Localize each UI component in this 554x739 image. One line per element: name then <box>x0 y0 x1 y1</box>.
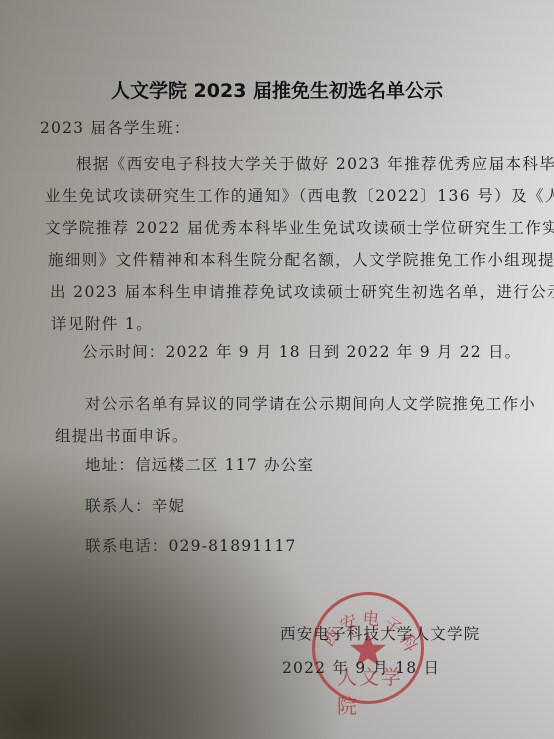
paragraph-line: 施细则》文件精神和本科生院分配名额，人文学院推免工作小组现提 <box>45 244 505 276</box>
signature-date: 2022 年 9 月 18 日 <box>282 656 440 678</box>
paragraph-line: 详见附件 1。 <box>45 308 505 340</box>
paragraph-line: 出 2023 届本科生申请推荐免试攻读硕士研究生初选名单，进行公示， <box>45 276 505 308</box>
contact-person: 联系人：辛妮 <box>85 494 185 516</box>
signature-organization: 西安电子科技大学人文学院 <box>280 622 480 644</box>
paragraph-objection: 对公示名单有异议的同学请在公示期间向人文学院推免工作小 组提出书面申诉。 <box>55 388 505 452</box>
contact-phone: 联系电话：029-81891117 <box>85 534 297 556</box>
paragraph-basis: 根据《西安电子科技大学关于做好 2023 年推荐优秀应届本科毕 业生免试攻读研究… <box>45 148 505 340</box>
salutation: 2023 届各学生班： <box>40 116 191 138</box>
paragraph-line: 根据《西安电子科技大学关于做好 2023 年推荐优秀应届本科毕 <box>45 148 505 180</box>
paragraph-line: 对公示名单有异议的同学请在公示期间向人文学院推免工作小 <box>55 388 505 420</box>
paragraph-line: 组提出书面申诉。 <box>55 420 505 452</box>
document-title: 人文学院 2023 届推免生初选名单公示 <box>0 76 554 103</box>
publicity-period: 公示时间：2022 年 9 月 18 日到 2022 年 9 月 22 日。 <box>82 340 521 362</box>
official-seal: 西安电子科技大学 人文学院 <box>312 592 424 704</box>
office-address: 地址：信远楼二区 117 办公室 <box>85 453 314 475</box>
paragraph-line: 文学院推荐 2022 届优秀本科毕业生免试攻读硕士学位研究生工作实 <box>45 212 505 244</box>
notice-document: 人文学院 2023 届推免生初选名单公示 2023 届各学生班： 根据《西安电子… <box>0 0 554 739</box>
paragraph-line: 业生免试攻读研究生工作的通知》（西电教〔2022〕136 号）及《人 <box>45 180 505 212</box>
